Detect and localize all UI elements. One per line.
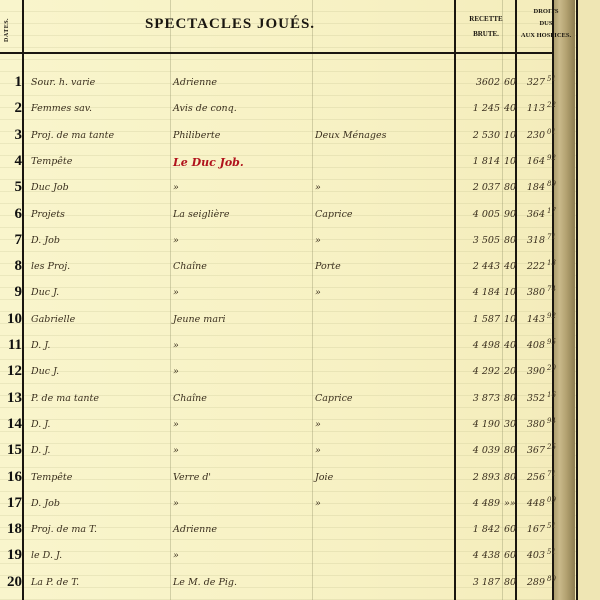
- play-2: Philiberte: [173, 130, 220, 141]
- droits-cents: 51: [547, 522, 556, 530]
- recette-amount: 1 814: [462, 156, 500, 167]
- recette-cents: 40: [504, 340, 516, 351]
- droits-amount: 113: [525, 103, 545, 114]
- play-3: »: [315, 182, 321, 193]
- play-2: Le Duc Job.: [173, 156, 244, 169]
- droits-cents: 71: [547, 233, 556, 241]
- play-2: »: [173, 340, 179, 351]
- recette-amount: 3 873: [462, 393, 500, 404]
- recette-cents: 80: [504, 393, 516, 404]
- recette-cents: 30: [504, 419, 516, 430]
- recette-cents: 10: [504, 287, 516, 298]
- row-date: 18: [0, 521, 22, 538]
- droits-amount: 230: [525, 130, 545, 141]
- header-droits-line3: AUX HOSPICES.: [516, 30, 576, 42]
- play-2: Jeune mari: [173, 314, 226, 325]
- table-row: 17D. Job»»4 489»»44809: [0, 491, 555, 517]
- table-row: 7D. Job»»3 5058031871: [0, 228, 555, 254]
- play-2: »: [173, 287, 179, 298]
- recette-amount: 4 489: [462, 498, 500, 509]
- table-row: 1Sour. h. varieAdrienne36026032751: [0, 70, 555, 96]
- book-binding: [553, 0, 575, 600]
- table-row: 6ProjetsLa seiglièreCaprice4 0059036417: [0, 202, 555, 228]
- recette-cents: 80: [504, 235, 516, 246]
- droits-amount: 143: [525, 314, 545, 325]
- table-row: 11D. J.»4 4984040895: [0, 333, 555, 359]
- play-3: »: [315, 419, 321, 430]
- droits-amount: 367: [525, 445, 545, 456]
- header-recette-line1: RECETTE: [456, 12, 516, 27]
- droits-amount: 403: [525, 550, 545, 561]
- droits-cents: 89: [547, 180, 556, 188]
- facing-rule: [576, 0, 578, 600]
- recette-cents: »»: [504, 498, 516, 509]
- recette-amount: 4 005: [462, 209, 500, 220]
- table-row: 5Duc Job»»2 0378018489: [0, 175, 555, 201]
- row-date: 19: [0, 547, 22, 564]
- play-1: Projets: [31, 209, 65, 220]
- play-1: Gabrielle: [31, 314, 75, 325]
- play-1: D. J.: [31, 445, 50, 456]
- row-date: 13: [0, 390, 22, 407]
- row-date: 15: [0, 442, 22, 459]
- recette-amount: 3 505: [462, 235, 500, 246]
- table-row: 14D. J.»»4 1903038094: [0, 412, 555, 438]
- header-recette: RECETTE BRUTE.: [456, 12, 516, 42]
- play-3: Caprice: [315, 209, 353, 220]
- table-row: 18Proj. de ma T.Adrienne1 8426016751: [0, 517, 555, 543]
- play-3: Porte: [315, 261, 341, 272]
- play-1: Proj. de ma tante: [31, 130, 114, 141]
- recette-cents: 60: [504, 77, 516, 88]
- table-row: 16TempêteVerre d'Joie2 8938025671: [0, 465, 555, 491]
- recette-cents: 40: [504, 261, 516, 272]
- play-1: le D. J.: [31, 550, 62, 561]
- recette-amount: 4 039: [462, 445, 500, 456]
- recette-cents: 80: [504, 445, 516, 456]
- play-1: les Proj.: [31, 261, 70, 272]
- play-3: »: [315, 445, 321, 456]
- table-row: 2Femmes sav.Avis de conq.1 2454011322: [0, 96, 555, 122]
- play-1: Sour. h. varie: [31, 77, 95, 88]
- play-1: Femmes sav.: [31, 103, 92, 114]
- recette-cents: 80: [504, 577, 516, 588]
- row-date: 12: [0, 363, 22, 380]
- play-3: Deux Ménages: [315, 130, 386, 141]
- recette-amount: 4 292: [462, 366, 500, 377]
- droits-cents: 94: [547, 417, 556, 425]
- ledger-page: DATES. SPECTACLES JOUÉS. RECETTE BRUTE. …: [0, 0, 600, 600]
- table-row: 12Duc J.»4 2922039020: [0, 359, 555, 385]
- recette-amount: 2 530: [462, 130, 500, 141]
- recette-amount: 4 498: [462, 340, 500, 351]
- header-droits-line1: DROITS: [516, 6, 576, 18]
- droits-cents: 74: [547, 285, 556, 293]
- header-dates: DATES.: [4, 15, 24, 45]
- table-row: 9Duc J.»»4 1841038074: [0, 280, 555, 306]
- droits-amount: 327: [525, 77, 545, 88]
- recette-amount: 1 842: [462, 524, 500, 535]
- play-2: Adrienne: [173, 77, 217, 88]
- droits-cents: 16: [547, 391, 556, 399]
- play-2: »: [173, 550, 179, 561]
- droits-cents: 80: [547, 575, 556, 583]
- play-3: Caprice: [315, 393, 353, 404]
- droits-cents: 51: [547, 75, 556, 83]
- play-2: »: [173, 498, 179, 509]
- droits-amount: 390: [525, 366, 545, 377]
- row-date: 7: [0, 232, 22, 249]
- row-date: 11: [0, 337, 22, 354]
- droits-cents: 09: [547, 496, 556, 504]
- play-2: Verre d': [173, 472, 211, 483]
- play-1: D. Job: [31, 498, 60, 509]
- play-1: Tempête: [31, 156, 72, 167]
- droits-amount: 448: [525, 498, 545, 509]
- droits-cents: 20: [547, 364, 556, 372]
- play-1: D. J.: [31, 340, 50, 351]
- play-2: »: [173, 235, 179, 246]
- droits-cents: 01: [547, 128, 556, 136]
- recette-amount: 2 443: [462, 261, 500, 272]
- recette-cents: 60: [504, 524, 516, 535]
- play-3: Joie: [315, 472, 333, 483]
- droits-cents: 95: [547, 338, 556, 346]
- play-2: Avis de conq.: [173, 103, 237, 114]
- play-2: Le M. de Pig.: [173, 577, 237, 588]
- row-date: 4: [0, 153, 22, 170]
- recette-cents: 10: [504, 314, 516, 325]
- row-date: 5: [0, 179, 22, 196]
- recette-amount: 4 184: [462, 287, 500, 298]
- table-row: 19le D. J.»4 4386040351: [0, 543, 555, 569]
- header-droits: DROITS DUS AUX HOSPICES.: [516, 6, 576, 42]
- recette-cents: 80: [504, 182, 516, 193]
- play-3: »: [315, 498, 321, 509]
- play-3: »: [315, 287, 321, 298]
- play-1: Proj. de ma T.: [31, 524, 97, 535]
- row-date: 14: [0, 416, 22, 433]
- table-row: 3Proj. de ma tantePhiliberteDeux Ménages…: [0, 123, 555, 149]
- droits-cents: 92: [547, 312, 556, 320]
- play-1: La P. de T.: [31, 577, 79, 588]
- recette-amount: 2 037: [462, 182, 500, 193]
- header-rule: [0, 52, 552, 54]
- recette-cents: 80: [504, 472, 516, 483]
- play-2: Chaîne: [173, 261, 207, 272]
- facing-page-edge: [577, 0, 600, 600]
- row-date: 6: [0, 206, 22, 223]
- droits-amount: 289: [525, 577, 545, 588]
- play-1: D. J.: [31, 419, 50, 430]
- play-2: »: [173, 182, 179, 193]
- droits-amount: 380: [525, 419, 545, 430]
- play-2: »: [173, 419, 179, 430]
- recette-cents: 40: [504, 103, 516, 114]
- play-1: D. Job: [31, 235, 60, 246]
- droits-cents: 51: [547, 548, 556, 556]
- play-1: P. de ma tante: [31, 393, 99, 404]
- row-date: 16: [0, 469, 22, 486]
- row-date: 17: [0, 495, 22, 512]
- play-1: Tempête: [31, 472, 72, 483]
- droits-cents: 92: [547, 154, 556, 162]
- droits-amount: 352: [525, 393, 545, 404]
- header-recette-line2: BRUTE.: [456, 27, 516, 42]
- header-droits-line2: DUS: [516, 18, 576, 30]
- recette-cents: 60: [504, 550, 516, 561]
- row-date: 1: [0, 74, 22, 91]
- table-row: 15D. J.»»4 0398036725: [0, 438, 555, 464]
- droits-amount: 222: [525, 261, 545, 272]
- play-2: Chaîne: [173, 393, 207, 404]
- table-row: 13P. de ma tanteChaîneCaprice3 873803521…: [0, 386, 555, 412]
- droits-amount: 256: [525, 472, 545, 483]
- recette-amount: 4 438: [462, 550, 500, 561]
- recette-amount: 2 893: [462, 472, 500, 483]
- table-row: 10GabrielleJeune mari1 5871014392: [0, 307, 555, 333]
- recette-cents: 10: [504, 156, 516, 167]
- row-date: 3: [0, 127, 22, 144]
- play-3: »: [315, 235, 321, 246]
- play-1: Duc J.: [31, 366, 59, 377]
- page-title: SPECTACLES JOUÉS.: [30, 16, 430, 33]
- row-date: 20: [0, 574, 22, 591]
- droits-amount: 184: [525, 182, 545, 193]
- droits-cents: 22: [547, 101, 556, 109]
- droits-amount: 380: [525, 287, 545, 298]
- recette-cents: 10: [504, 130, 516, 141]
- play-2: »: [173, 366, 179, 377]
- droits-cents: 17: [547, 207, 556, 215]
- droits-amount: 164: [525, 156, 545, 167]
- recette-amount: 4 190: [462, 419, 500, 430]
- play-2: »: [173, 445, 179, 456]
- droits-amount: 408: [525, 340, 545, 351]
- droits-cents: 13: [547, 259, 556, 267]
- recette-cents: 90: [504, 209, 516, 220]
- droits-amount: 364: [525, 209, 545, 220]
- recette-amount: 3602: [462, 77, 500, 88]
- recette-amount: 1 245: [462, 103, 500, 114]
- recette-cents: 20: [504, 366, 516, 377]
- play-2: La seiglière: [173, 209, 229, 220]
- row-date: 10: [0, 311, 22, 328]
- recette-amount: 1 587: [462, 314, 500, 325]
- play-1: Duc J.: [31, 287, 59, 298]
- play-1: Duc Job: [31, 182, 69, 193]
- droits-cents: 25: [547, 443, 556, 451]
- table-row: 4TempêteLe Duc Job.1 8141016492: [0, 149, 555, 175]
- droits-cents: 71: [547, 470, 556, 478]
- droits-amount: 167: [525, 524, 545, 535]
- row-date: 8: [0, 258, 22, 275]
- row-date: 2: [0, 100, 22, 117]
- table-row: 20La P. de T.Le M. de Pig.3 1878028980: [0, 570, 555, 596]
- table-row: 8les Proj.ChaînePorte2 4434022213: [0, 254, 555, 280]
- row-date: 9: [0, 284, 22, 301]
- recette-amount: 3 187: [462, 577, 500, 588]
- play-2: Adrienne: [173, 524, 217, 535]
- droits-amount: 318: [525, 235, 545, 246]
